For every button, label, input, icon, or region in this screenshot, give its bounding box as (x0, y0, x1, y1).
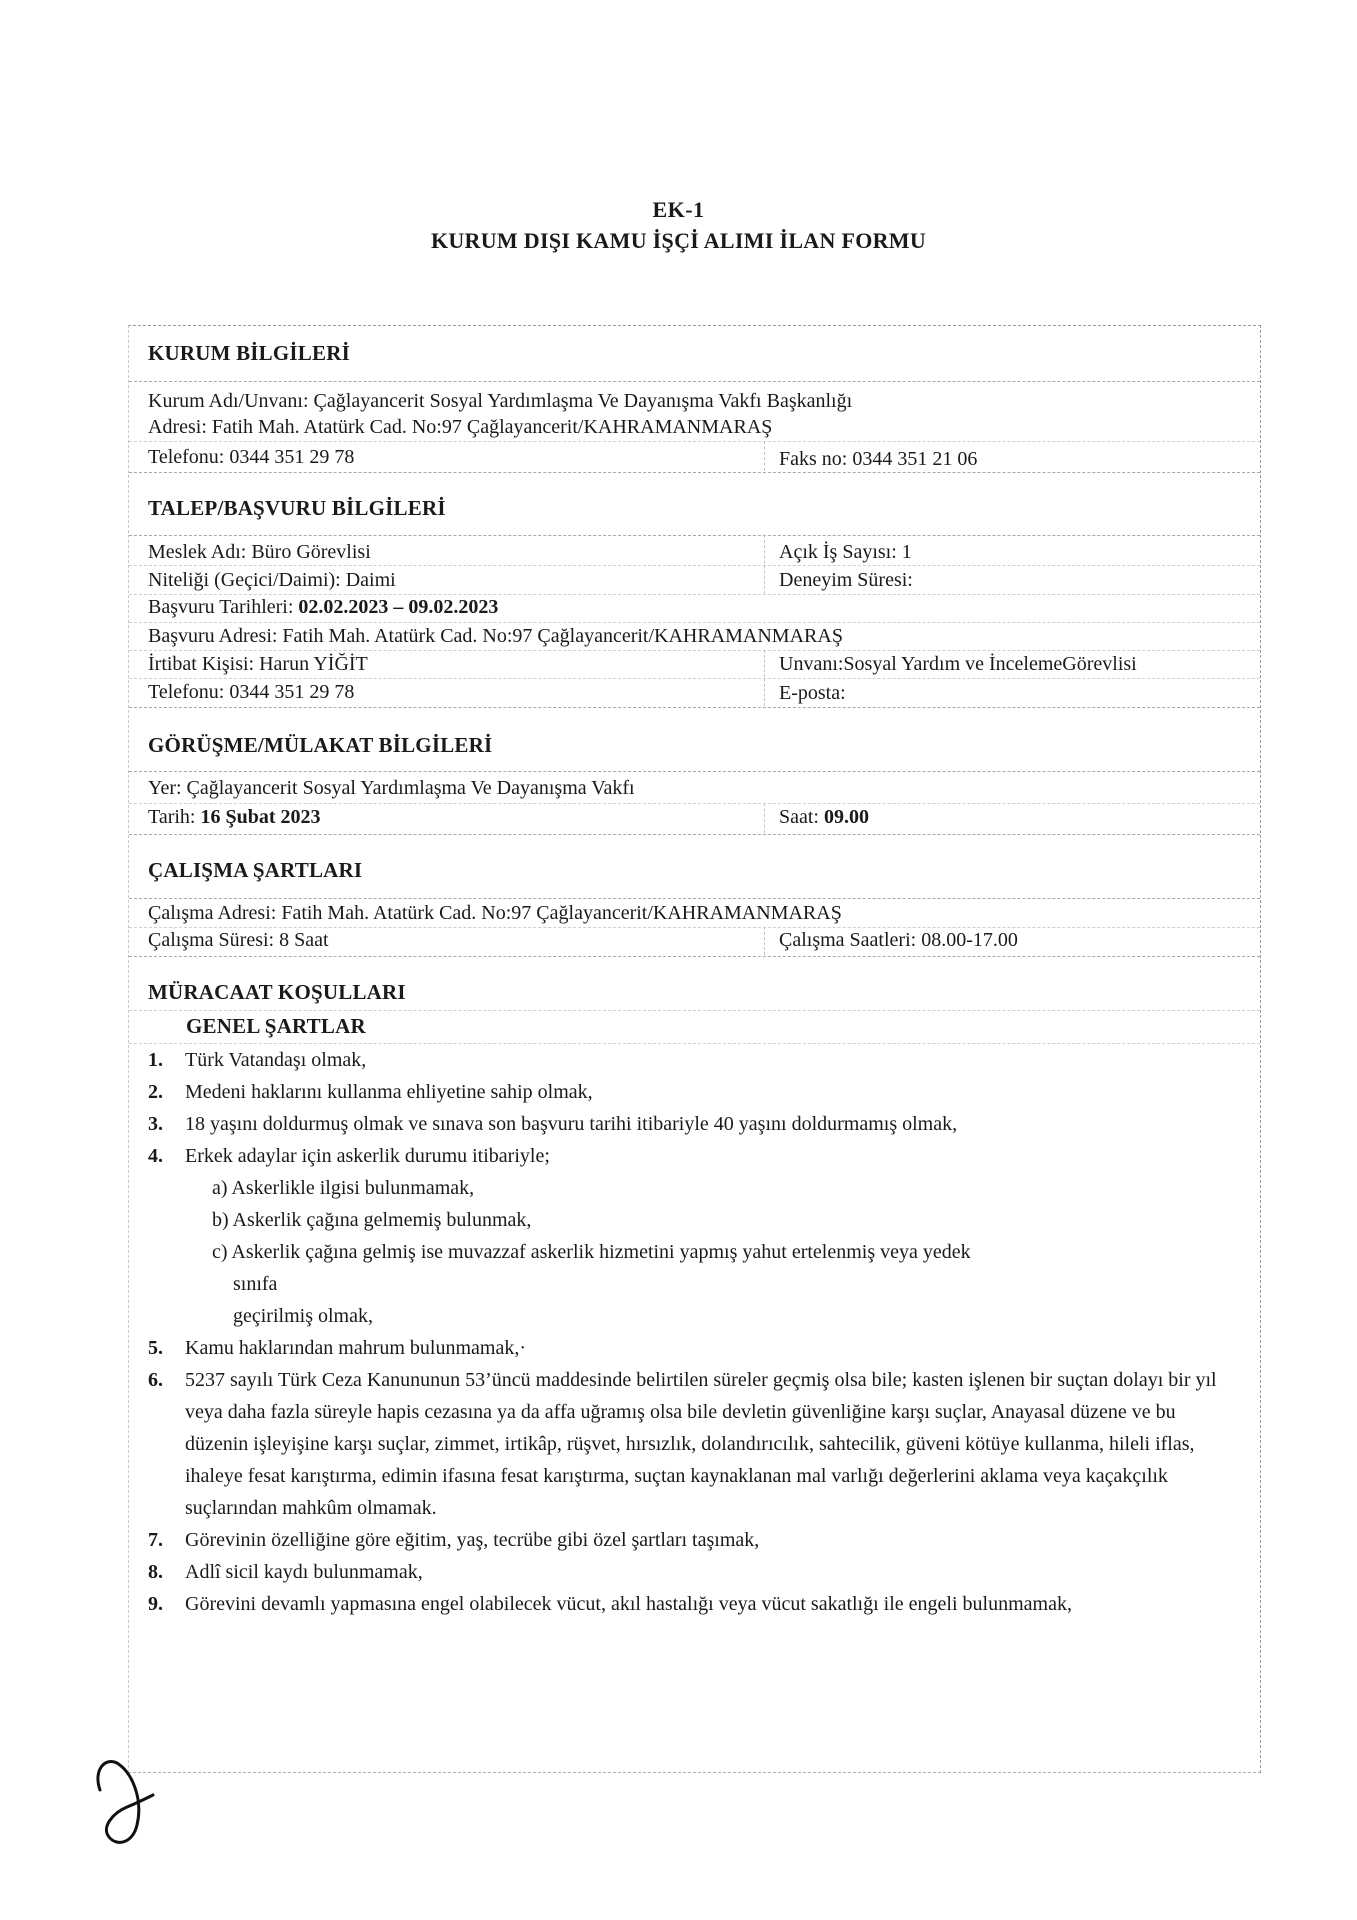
column-divider (764, 803, 765, 833)
condition-item: 2.Medeni haklarını kullanma ehliyetine s… (148, 1076, 1240, 1108)
basvuru-adresi: Başvuru Adresi: Fatih Mah. Atatürk Cad. … (148, 623, 843, 649)
basvuru-tarihleri: Başvuru Tarihleri: 02.02.2023 – 09.02.20… (148, 594, 498, 620)
conditions-list: 1.Türk Vatandaşı olmak, 2.Medeni hakları… (148, 1044, 1240, 1620)
mulakat-tarih: Tarih: 16 Şubat 2023 (148, 804, 321, 830)
kurum-telefon: Telefonu: 0344 351 29 78 (148, 444, 354, 470)
meslek-adi: Meslek Adı: Büro Görevlisi (148, 539, 371, 565)
condition-subitem: c) Askerlik çağına gelmiş ise muvazzaf a… (148, 1236, 1240, 1268)
divider (129, 472, 1260, 473)
niteligi: Niteliği (Geçici/Daimi): Daimi (148, 567, 396, 593)
condition-item: 4.Erkek adaylar için askerlik durumu iti… (148, 1140, 1240, 1172)
divider (129, 771, 1260, 772)
divider (129, 1010, 1260, 1011)
handwritten-initial-icon (95, 1755, 175, 1850)
annex-label: EK-1 (0, 195, 1357, 225)
divider (129, 834, 1260, 835)
mulakat-saat: Saat: 09.00 (779, 804, 869, 830)
section-heading-muracaat: MÜRACAAT KOŞULLARI (148, 978, 406, 1006)
condition-item: 9.Görevini devamlı yapmasına engel olabi… (148, 1588, 1240, 1620)
calisma-saatleri: Çalışma Saatleri: 08.00-17.00 (779, 927, 1018, 953)
form-title: KURUM DIŞI KAMU İŞÇİ ALIMI İLAN FORMU (0, 225, 1357, 257)
section-heading-gorusme: GÖRÜŞME/MÜLAKAT BİLGİLERİ (148, 731, 492, 759)
condition-subitem: a) Askerlikle ilgisi bulunmamak, (148, 1172, 1240, 1204)
irtibat-kisisi: İrtibat Kişisi: Harun YİĞİT (148, 651, 368, 677)
announcement-form: KURUM BİLGİLERİ Kurum Adı/Unvanı: Çağlay… (128, 325, 1261, 1773)
mulakat-saat-value: 09.00 (824, 806, 869, 828)
basvuru-eposta: E-posta: (779, 680, 846, 706)
section-heading-kurum: KURUM BİLGİLERİ (148, 339, 350, 367)
acik-is-sayisi: Açık İş Sayısı: 1 (779, 539, 912, 565)
deneyim-suresi: Deneyim Süresi: (779, 567, 913, 593)
condition-item: 5.Kamu haklarından mahrum bulunmamak,· (148, 1332, 1240, 1364)
condition-item: 6.5237 sayılı Türk Ceza Kanununun 53’ünc… (148, 1364, 1240, 1524)
basvuru-tarihleri-value: 02.02.2023 – 09.02.2023 (298, 596, 498, 618)
section-heading-calisma: ÇALIŞMA ŞARTLARI (148, 856, 362, 884)
calisma-suresi: Çalışma Süresi: 8 Saat (148, 927, 329, 953)
irtibat-unvan: Unvanı:Sosyal Yardım ve İncelemeGörevlis… (779, 651, 1137, 677)
kurum-adres: Adresi: Fatih Mah. Atatürk Cad. No:97 Ça… (148, 414, 772, 440)
document-title-block: EK-1 KURUM DIŞI KAMU İŞÇİ ALIMI İLAN FOR… (0, 195, 1357, 257)
divider (129, 381, 1260, 382)
subheading-genel-sartlar: GENEL ŞARTLAR (186, 1012, 366, 1040)
column-divider (764, 441, 765, 471)
condition-item: 1.Türk Vatandaşı olmak, (148, 1044, 1240, 1076)
kurum-faks: Faks no: 0344 351 21 06 (779, 446, 977, 472)
divider (129, 956, 1260, 957)
column-divider (764, 650, 765, 706)
divider (129, 707, 1260, 708)
condition-subitem-continuation: sınıfa (148, 1268, 1240, 1300)
mulakat-tarih-value: 16 Şubat 2023 (200, 806, 320, 828)
divider (129, 535, 1260, 536)
condition-subitem: b) Askerlik çağına gelmemiş bulunmak, (148, 1204, 1240, 1236)
condition-item: 3. 18 yaşını doldurmuş olmak ve sınava s… (148, 1108, 1240, 1140)
basvuru-telefon: Telefonu: 0344 351 29 78 (148, 679, 354, 705)
column-divider (764, 927, 765, 955)
kurum-adi: Kurum Adı/Unvanı: Çağlayancerit Sosyal Y… (148, 388, 852, 414)
condition-subitem-continuation: geçirilmiş olmak, (148, 1300, 1240, 1332)
condition-item: 8.Adlî sicil kaydı bulunmamak, (148, 1556, 1240, 1588)
divider (129, 898, 1260, 899)
column-divider (764, 535, 765, 594)
divider (129, 441, 1260, 442)
mulakat-yer: Yer: Çağlayancerit Sosyal Yardımlaşma Ve… (148, 775, 635, 801)
divider (129, 565, 1260, 566)
calisma-adresi: Çalışma Adresi: Fatih Mah. Atatürk Cad. … (148, 900, 842, 926)
condition-item: 7.Görevinin özelliğine göre eğitim, yaş,… (148, 1524, 1240, 1556)
section-heading-talep: TALEP/BAŞVURU BİLGİLERİ (148, 494, 446, 522)
